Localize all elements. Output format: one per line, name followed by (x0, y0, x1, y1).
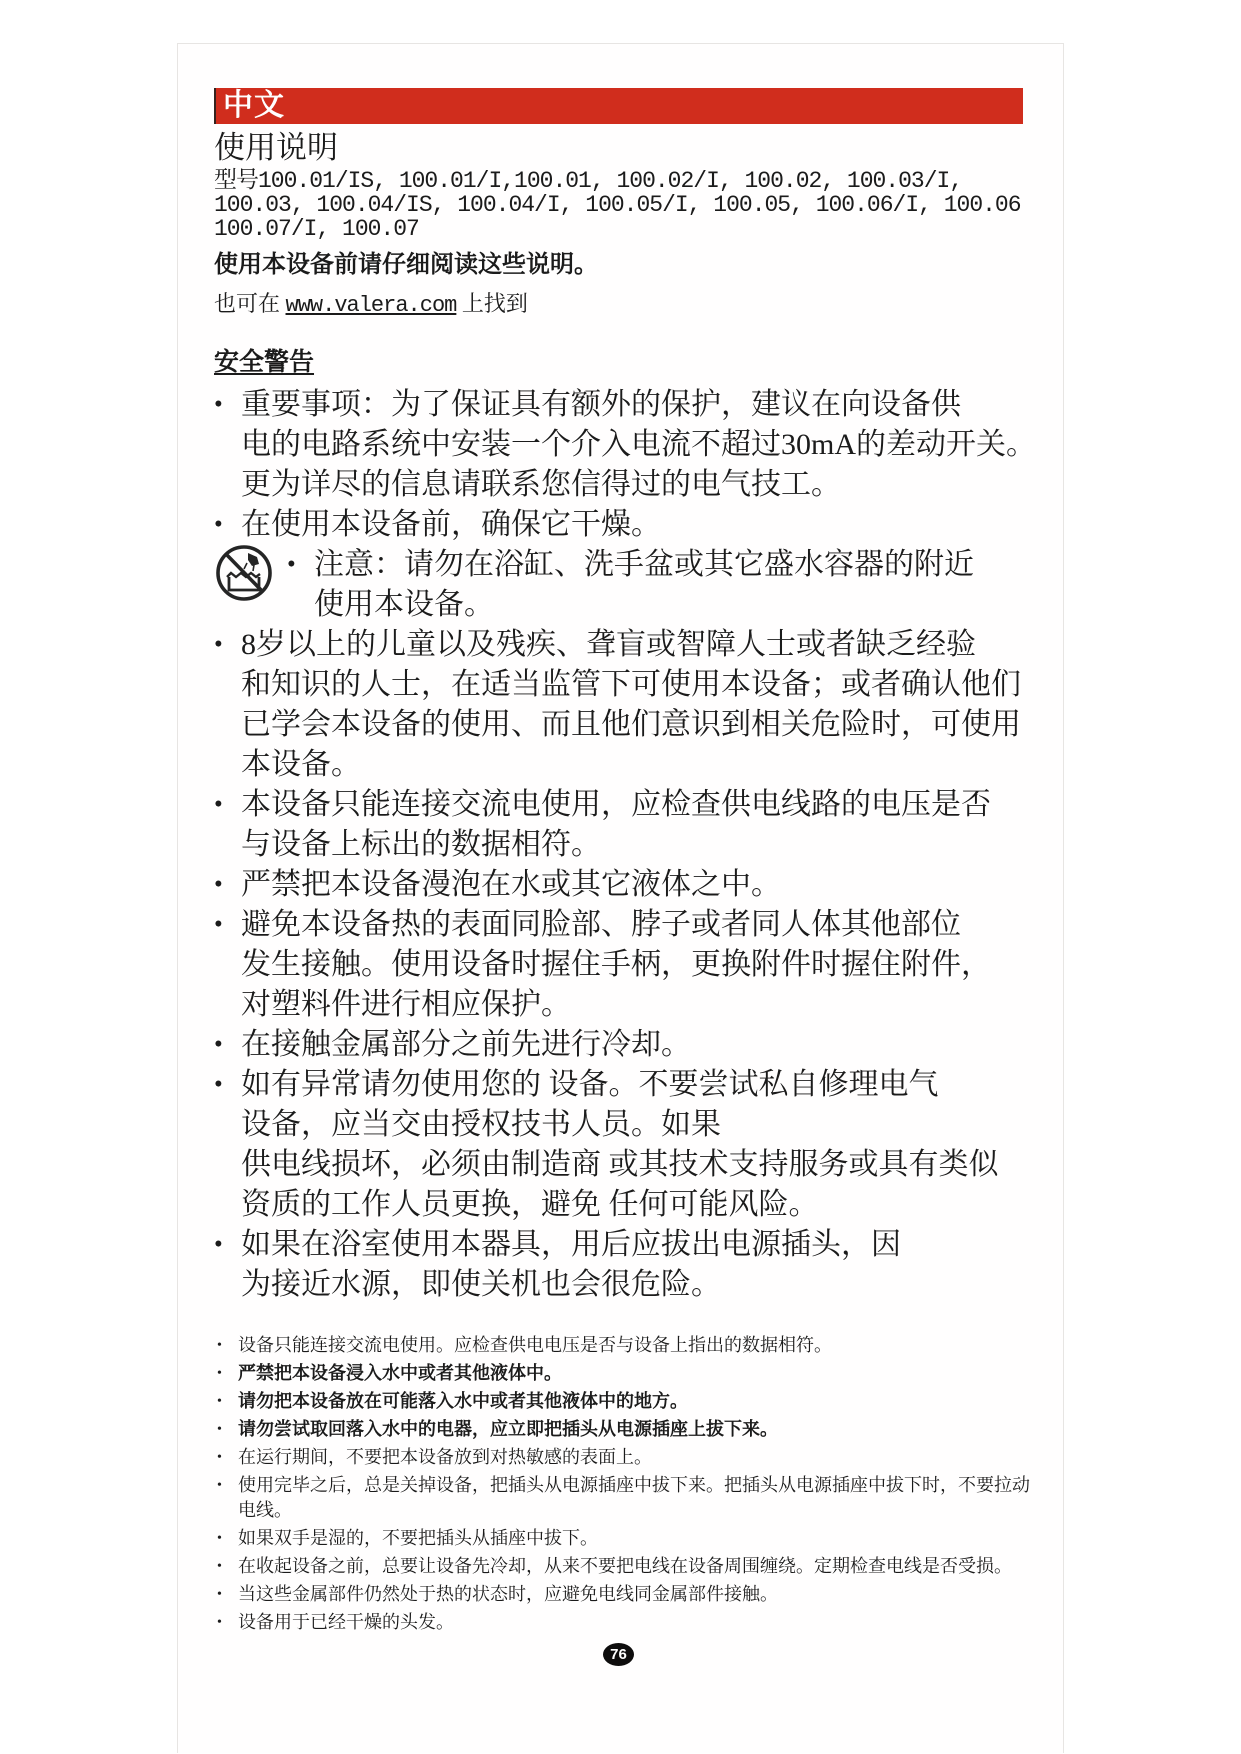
manual-page: 中文 使用说明 型号100.01/IS, 100.01/I,100.01, 10… (177, 43, 1064, 1753)
model-numbers: 型号100.01/IS, 100.01/I,100.01, 100.02/I, … (214, 169, 1060, 241)
fine-print-item: • 在收起设备之前，总要让设备先冷却，从来不要把电线在设备周围缠绕。定期检查电线… (214, 1554, 1060, 1579)
bullet: • (214, 1445, 238, 1470)
bullet: • (214, 1473, 238, 1523)
warning-item: • 本设备只能连接交流电使用，应检查供电线路的电压是否 与设备上标出的数据相符。 (214, 785, 1060, 865)
fine-print-item: • 使用完毕之后，总是关掉设备，把插头从电源插座中拔下来。把插头从电源插座中拔下… (214, 1473, 1060, 1523)
bullet: • (214, 1361, 238, 1386)
bullet: • (214, 505, 241, 545)
warning-item: • 在使用本设备前，确保它干燥。 (214, 505, 1060, 545)
fine-print-item: • 请勿把本设备放在可能落入水中或者其他液体中的地方。 (214, 1389, 1060, 1414)
bullet: • (214, 1554, 238, 1579)
warning-item: • 避免本设备热的表面同脸部、脖子或者同人体其他部位 发生接触。使用设备时握住手… (214, 905, 1060, 1025)
warning-item: • 如有异常请勿使用您的 设备。不要尝试私自修理电气 设备，应当交由授权技书人员… (214, 1065, 1060, 1225)
page-number-badge: 76 (603, 1643, 634, 1666)
website-line: 也可在 www.valera.com 上找到 (214, 290, 1060, 320)
warning-item: • 如果在浴室使用本器具，用后应拔出电源插头，因 为接近水源，即使关机也会很危险… (214, 1225, 1060, 1305)
bullet: • (214, 785, 241, 825)
bullet: • (214, 1389, 238, 1414)
bullet: • (214, 1610, 238, 1635)
warning-item: • 重要事项：为了保证具有额外的保护，建议在向设备供 电的电路系统中安装一个介入… (214, 385, 1060, 505)
website-prefix: 也可在 (214, 291, 286, 316)
website-suffix: 上找到 (456, 291, 528, 316)
bullet: • (214, 625, 241, 665)
bullet: • (214, 1582, 238, 1607)
fine-print-item: • 如果双手是湿的，不要把插头从插座中拔下。 (214, 1526, 1060, 1551)
bullet: • (214, 1526, 238, 1551)
fine-print-item: • 设备用于已经干燥的头发。 (214, 1610, 1060, 1635)
language-label: 中文 (223, 89, 285, 123)
bullet: • (214, 1225, 241, 1265)
page-content: 中文 使用说明 型号100.01/IS, 100.01/I,100.01, 10… (214, 88, 1060, 1666)
bullet: • (214, 1065, 241, 1105)
fine-print-item: • 当这些金属部件仍然处于热的状态时，应避免电线同金属部件接触。 (214, 1582, 1060, 1607)
bullet: • (214, 905, 241, 945)
read-instructions-notice: 使用本设备前请仔细阅读这些说明。 (214, 250, 1060, 280)
footer: 76 (214, 1643, 1023, 1666)
bullet: • (214, 865, 241, 905)
website-link: www.valera.com (286, 293, 457, 318)
fine-print-item: • 在运行期间，不要把本设备放到对热敏感的表面上。 (214, 1445, 1060, 1470)
safety-section-title: 安全警告 (214, 347, 314, 378)
bullet: • (287, 545, 314, 585)
page-title: 使用说明 (214, 131, 1060, 165)
fine-print-list: • 设备只能连接交流电使用。应检查供电电压是否与设备上指出的数据相符。 • 严禁… (214, 1333, 1060, 1635)
warning-item: • 严禁把本设备漫泡在水或其它液体之中。 (214, 865, 1060, 905)
fine-print-item: • 请勿尝试取回落入水中的电器，应立即把插头从电源插座上拔下来。 (214, 1417, 1060, 1442)
no-use-near-water-icon (214, 543, 274, 603)
warning-item: • 8岁以上的儿童以及残疾、聋盲或智障人士或者缺乏经验 和知识的人士，在适当监管… (214, 625, 1060, 785)
language-banner: 中文 (214, 88, 1023, 124)
warning-item: • 在接触金属部分之前先进行冷却。 (214, 1025, 1060, 1065)
bullet: • (214, 1417, 238, 1442)
bullet: • (214, 1025, 241, 1065)
warning-item-no-water: • 注意：请勿在浴缸、洗手盆或其它盛水容器的附近 使用本设备。 (214, 545, 1060, 625)
fine-print-item: • 设备只能连接交流电使用。应检查供电电压是否与设备上指出的数据相符。 (214, 1333, 1060, 1358)
safety-warning-list: • 重要事项：为了保证具有额外的保护，建议在向设备供 电的电路系统中安装一个介入… (214, 385, 1060, 1305)
fine-print-item: • 严禁把本设备浸入水中或者其他液体中。 (214, 1361, 1060, 1386)
bullet: • (214, 1333, 238, 1358)
bullet: • (214, 385, 241, 425)
